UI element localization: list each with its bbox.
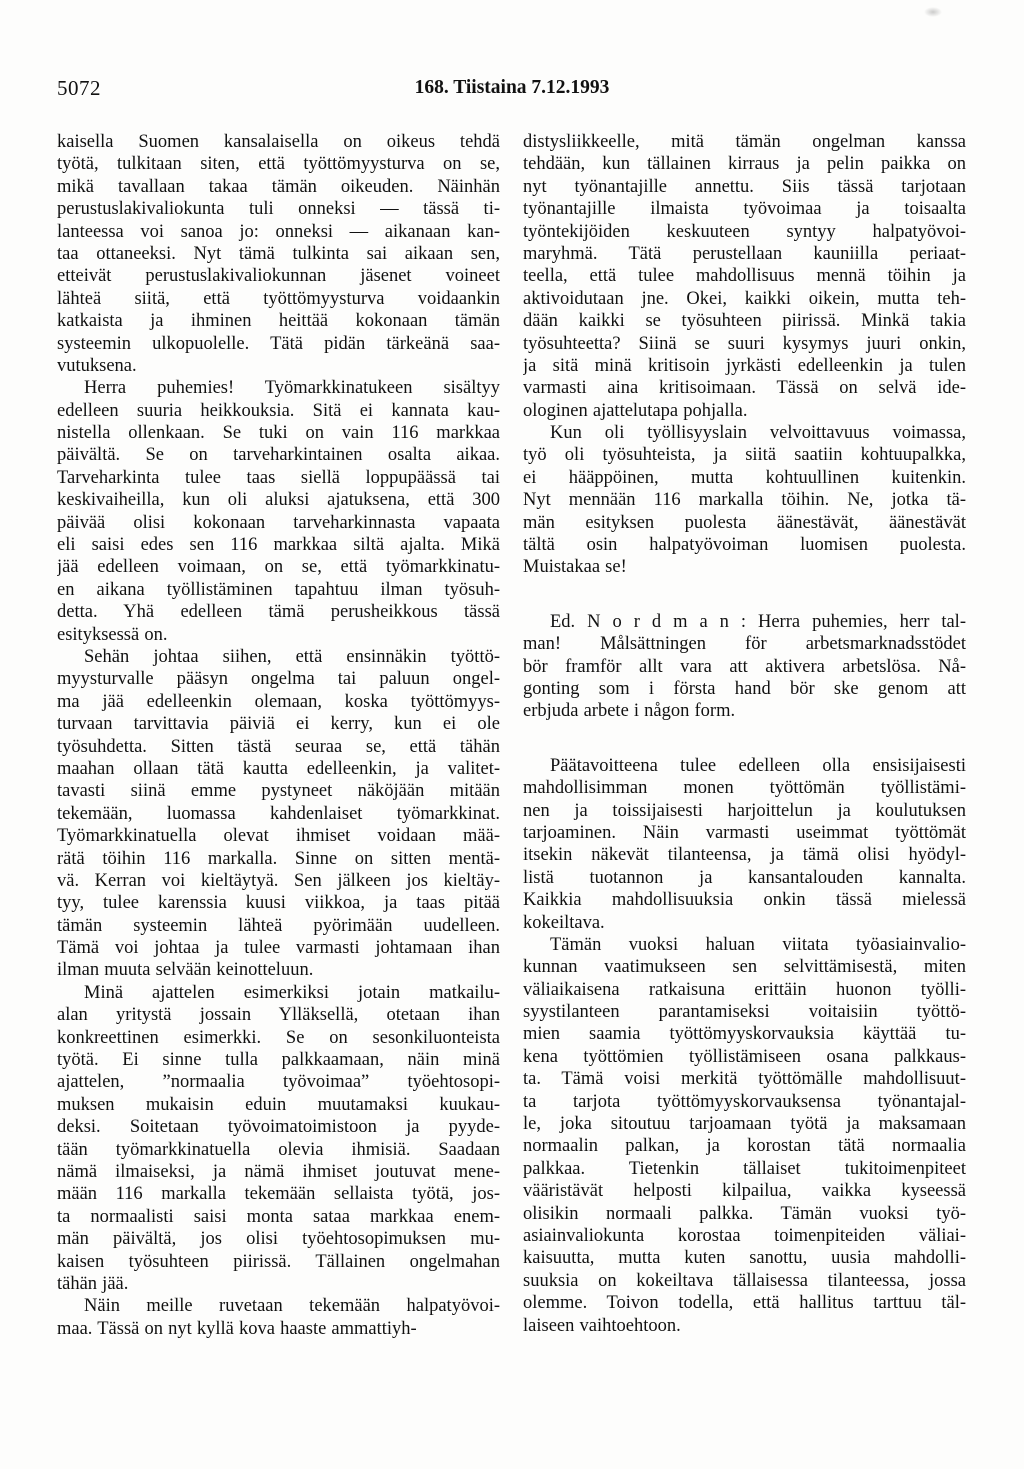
text-line: tarjoaminen. Näin varmasti useimmat työt… bbox=[523, 822, 966, 844]
text-line: palkkaa. Tietenkin tällaiset tukitoimenp… bbox=[523, 1158, 966, 1180]
text-line: työsuhdetta. Sitten tästä seuraa se, ett… bbox=[57, 736, 500, 758]
text-line: itsekin näkevät tilanteensa, ja tämä oli… bbox=[523, 844, 966, 866]
text-line: Muistakaa se! bbox=[523, 556, 966, 578]
text-line: ta. Tämä voisi merkitä työttömälle mahdo… bbox=[523, 1068, 966, 1090]
text-line: ja sitä minä kritisoin jyrkästi edelleen… bbox=[523, 355, 966, 377]
header-title: 168. Tiistaina 7.12.1993 bbox=[0, 77, 1024, 99]
paragraph: Päätavoitteena tulee edelleen olla ensis… bbox=[523, 755, 966, 934]
text-line: nen ja toissijaisesti harjoittelun ja ko… bbox=[523, 800, 966, 822]
text-line: kena työttömien työllistämiseen osana pa… bbox=[523, 1046, 966, 1068]
text-line: suuksia on kokeiltava tällaisessa tilant… bbox=[523, 1270, 966, 1292]
text-line: nyt työnantajille annettu. Siis tässä ta… bbox=[523, 176, 966, 198]
text-line: taa ottaneeksi. Nyt tämä tulkinta sai ai… bbox=[57, 243, 500, 265]
text-line: mään 116 markalla tekemään sellaista työ… bbox=[57, 1183, 500, 1205]
text-line: tähän jää. bbox=[57, 1273, 500, 1295]
text-line: työsuhteetta? Siinä se suuri kysymys juu… bbox=[523, 333, 966, 355]
text-line: vä. Kerran voi kieltäytyä. Sen jälkeen j… bbox=[57, 870, 500, 892]
text-line: le, joka sitoutuu tarjoamaan työtä ja ma… bbox=[523, 1113, 966, 1135]
paragraph: Kun oli työllisyyslain velvoittavuus voi… bbox=[523, 422, 966, 579]
text-line: työtä. Ei sinne tulla palkkaamaan, näin … bbox=[57, 1049, 500, 1071]
text-line: mikä tavallaan takaa tämän oikeuden. Näi… bbox=[57, 176, 500, 198]
text-line: bör framför allt vara att aktivera arbet… bbox=[523, 656, 966, 678]
text-line: aktivoidutaan jne. Okei, kaikki oikein, … bbox=[523, 288, 966, 310]
paragraph: distysliikkeelle, mitä tämän ongelman ka… bbox=[523, 131, 966, 422]
text-line: ta normaalisti saisi monta sataa markkaa… bbox=[57, 1206, 500, 1228]
text-line: Työmarkkinatuella olevat ihmiset voidaan… bbox=[57, 825, 500, 847]
text-line: laiseen vaihtoehtoon. bbox=[523, 1315, 966, 1337]
text-line: lanteessa voi sanoa jo: onneksi — aikana… bbox=[57, 221, 500, 243]
text-line: alan yritystä jossain Ylläksellä, otetaa… bbox=[57, 1004, 500, 1026]
text-line: Ed. N o r d m a n : Herra puhemies, herr… bbox=[523, 611, 966, 633]
page-header: 5072 168. Tiistaina 7.12.1993 bbox=[0, 76, 1024, 102]
text-line: detta. Yhä edelleen tämä perusheikkous t… bbox=[57, 601, 500, 623]
text-line: työntekijöiden keskuuteen syntyy halpaty… bbox=[523, 221, 966, 243]
text-line: väliaikaisena ratkaisuna erittäin huonon… bbox=[523, 979, 966, 1001]
text-line: Näin meille ruvetaan tekemään halpatyövo… bbox=[57, 1295, 500, 1317]
text-line: myysturvalle pääsyn ongelma tai paluun o… bbox=[57, 668, 500, 690]
text-line: kaisen työsuhteen piirissä. Tällainen on… bbox=[57, 1251, 500, 1273]
text-line: dään kaikki se työsuhteen piirissä. Mink… bbox=[523, 310, 966, 332]
scan-artifact bbox=[924, 7, 942, 17]
text-line: deksi. Soitetaan työvoimatoimistoon ja p… bbox=[57, 1116, 500, 1138]
text-line: män päivältä, jos olisi työehtosopimukse… bbox=[57, 1228, 500, 1250]
text-line: Nyt mennään 116 markalla töihin. Ne, jot… bbox=[523, 489, 966, 511]
text-line: Sehän johtaa siihen, että ensinnäkin työ… bbox=[57, 646, 500, 668]
text-line: vutuksena. bbox=[57, 355, 500, 377]
text-line: maa. Tässä on nyt kyllä kova haaste amma… bbox=[57, 1318, 500, 1340]
text-line: tältä osin halpatyövoiman luomisen puole… bbox=[523, 534, 966, 556]
text-line: en aikana työllistäminen tapahtuu ilman … bbox=[57, 579, 500, 601]
text-line: olisikin normaali palkka. Tämän vuoksi t… bbox=[523, 1203, 966, 1225]
paragraph: Minä ajattelen esimerkiksi jotain matkai… bbox=[57, 982, 500, 1295]
text-line: tavasti siinä emme pystyneet näköjään mi… bbox=[57, 780, 500, 802]
text-line: kaisella Suomen kansalaisella on oikeus … bbox=[57, 131, 500, 153]
text-line: tämän systeemin lähteä pyörimään uudelle… bbox=[57, 915, 500, 937]
text-line: kaisuutta, mutta kuten sanottu, uusia ma… bbox=[523, 1247, 966, 1269]
text-line: perustuslakivaliokunta tuli onneksi — tä… bbox=[57, 198, 500, 220]
text-line: jää edelleen voimaan, on se, että työmar… bbox=[57, 556, 500, 578]
text-line: maryhmä. Tätä perustellaan kauniilla per… bbox=[523, 243, 966, 265]
text-line: esityksessä on. bbox=[57, 624, 500, 646]
text-line: maahan ollaan tätä kautta edelleenkin, j… bbox=[57, 758, 500, 780]
paragraph: kaisella Suomen kansalaisella on oikeus … bbox=[57, 131, 500, 377]
paragraph: Tämän vuoksi haluan viitata työasiainval… bbox=[523, 934, 966, 1337]
text-line: olemme. Toivon todella, että hallitus ta… bbox=[523, 1292, 966, 1314]
text-line: Kaikkia mahdollisuuksia onkin tässä miel… bbox=[523, 889, 966, 911]
text-line: rätä töihin 116 markalla. Sinne on sitte… bbox=[57, 848, 500, 870]
text-line: edelleen suuria heikkouksia. Sitä ei kan… bbox=[57, 400, 500, 422]
text-line: Tämän vuoksi haluan viitata työasiainval… bbox=[523, 934, 966, 956]
document-page: 5072 168. Tiistaina 7.12.1993 kaisella S… bbox=[0, 0, 1024, 1469]
text-line: Tämä voi johtaa ja tulee varmasti johtam… bbox=[57, 937, 500, 959]
text-line: mien saamia työttömyyskorvauksia käyttää… bbox=[523, 1023, 966, 1045]
text-line: ma jää edelleenkin olemaan, koska työttö… bbox=[57, 691, 500, 713]
text-line: män esityksen puolesta äänestävät, äänes… bbox=[523, 512, 966, 534]
text-line: katkaista ja ihminen heittää kokonaan tä… bbox=[57, 310, 500, 332]
text-line: Herra puhemies! Työmarkkinatukeen sisält… bbox=[57, 377, 500, 399]
text-line: teella, että tulee mahdollisuus mennä tö… bbox=[523, 265, 966, 287]
text-line: Tarveharkinta tulee taas siellä loppupää… bbox=[57, 467, 500, 489]
text-line: nistella ollenkaan. Se tuki on vain 116 … bbox=[57, 422, 500, 444]
text-line: konkreettinen esimerkki. Se on sesonkilu… bbox=[57, 1027, 500, 1049]
text-column-right: distysliikkeelle, mitä tämän ongelman ka… bbox=[523, 131, 966, 1337]
text-line: systeemin ulkopuolelle. Tätä pidän tärke… bbox=[57, 333, 500, 355]
text-line: ta tarjota työttömyyskorvauksensa työnan… bbox=[523, 1091, 966, 1113]
text-line: päivältä. Se on tarveharkintainen osalta… bbox=[57, 444, 500, 466]
text-line: nämä ilmaiseksi, ja nämä ihmiset joutuva… bbox=[57, 1161, 500, 1183]
text-line: normaalin palkan, ja korostan tätä norma… bbox=[523, 1135, 966, 1157]
paragraph: Herra puhemies! Työmarkkinatukeen sisält… bbox=[57, 377, 500, 646]
paragraph: Ed. N o r d m a n : Herra puhemies, herr… bbox=[523, 611, 966, 723]
text-line: ei hääppöinen, mutta kohtuullinen kuiten… bbox=[523, 467, 966, 489]
text-line: ilman muuta selvään keinotteluun. bbox=[57, 959, 500, 981]
text-line: työ oli työsuhteista, ja siitä saatiin k… bbox=[523, 444, 966, 466]
text-line: man! Målsättningen för arbetsmarknadsstö… bbox=[523, 633, 966, 655]
text-line: Kun oli työllisyyslain velvoittavuus voi… bbox=[523, 422, 966, 444]
paragraph: Näin meille ruvetaan tekemään halpatyövo… bbox=[57, 1295, 500, 1340]
text-line: mahdollisimman monen työttömän työllistä… bbox=[523, 777, 966, 799]
text-line: asiainvaliokunta korostaa toimenpiteiden… bbox=[523, 1225, 966, 1247]
text-line: tään työmarkkinatuella olevia ihmisiä. S… bbox=[57, 1139, 500, 1161]
text-line: tekemään, luomassa kahdenlaiset työmarkk… bbox=[57, 803, 500, 825]
text-line: vääristävät helposti kilpailua, vaikka k… bbox=[523, 1180, 966, 1202]
text-line: Minä ajattelen esimerkiksi jotain matkai… bbox=[57, 982, 500, 1004]
text-line: päivää olisi kokonaan tarveharkinnasta v… bbox=[57, 512, 500, 534]
paragraph: Sehän johtaa siihen, että ensinnäkin työ… bbox=[57, 646, 500, 982]
text-line: keskivaiheilla, kun oli aluksi ajatuksen… bbox=[57, 489, 500, 511]
text-line: työnantajille ilmaista työvoimaa ja tois… bbox=[523, 198, 966, 220]
text-column-left: kaisella Suomen kansalaisella on oikeus … bbox=[57, 131, 500, 1340]
text-line: kokeiltava. bbox=[523, 912, 966, 934]
text-line: eli saisi edes sen 116 markkaa siltä aja… bbox=[57, 534, 500, 556]
text-line: gonting som i första hand bör ske genom … bbox=[523, 678, 966, 700]
text-line: distysliikkeelle, mitä tämän ongelman ka… bbox=[523, 131, 966, 153]
text-line: etteivät perustuslakivaliokunnan jäsenet… bbox=[57, 265, 500, 287]
text-line: työtä, tulkitaan siten, että työttömyyst… bbox=[57, 153, 500, 175]
text-line: listä tuotannon ja kansantalouden kannal… bbox=[523, 867, 966, 889]
text-line: lähteä siitä, että työttömyysturva voida… bbox=[57, 288, 500, 310]
text-line: turvaan tarvittavia päiviä ei kerry, kun… bbox=[57, 713, 500, 735]
text-line: Päätavoitteena tulee edelleen olla ensis… bbox=[523, 755, 966, 777]
text-line: ologinen ajattelutapa pohjalla. bbox=[523, 400, 966, 422]
text-line: muksen mukaisin eduin muutamaksi kuukau- bbox=[57, 1094, 500, 1116]
text-line: varmasti aina kritisoimaan. Tässä on sel… bbox=[523, 377, 966, 399]
text-line: syystilanteen parantamiseksi voitaisiin … bbox=[523, 1001, 966, 1023]
text-line: tehdään, kun tällainen kirraus ja pelin … bbox=[523, 153, 966, 175]
text-line: kunnan vaatimukseen sen selvittämisestä,… bbox=[523, 956, 966, 978]
text-line: ajattelen, ”normaalia työvoimaa” työehto… bbox=[57, 1071, 500, 1093]
text-line: erbjuda arbete i någon form. bbox=[523, 700, 966, 722]
text-line: tyy, tulee karenssia kuusi viikkoa, ja t… bbox=[57, 892, 500, 914]
